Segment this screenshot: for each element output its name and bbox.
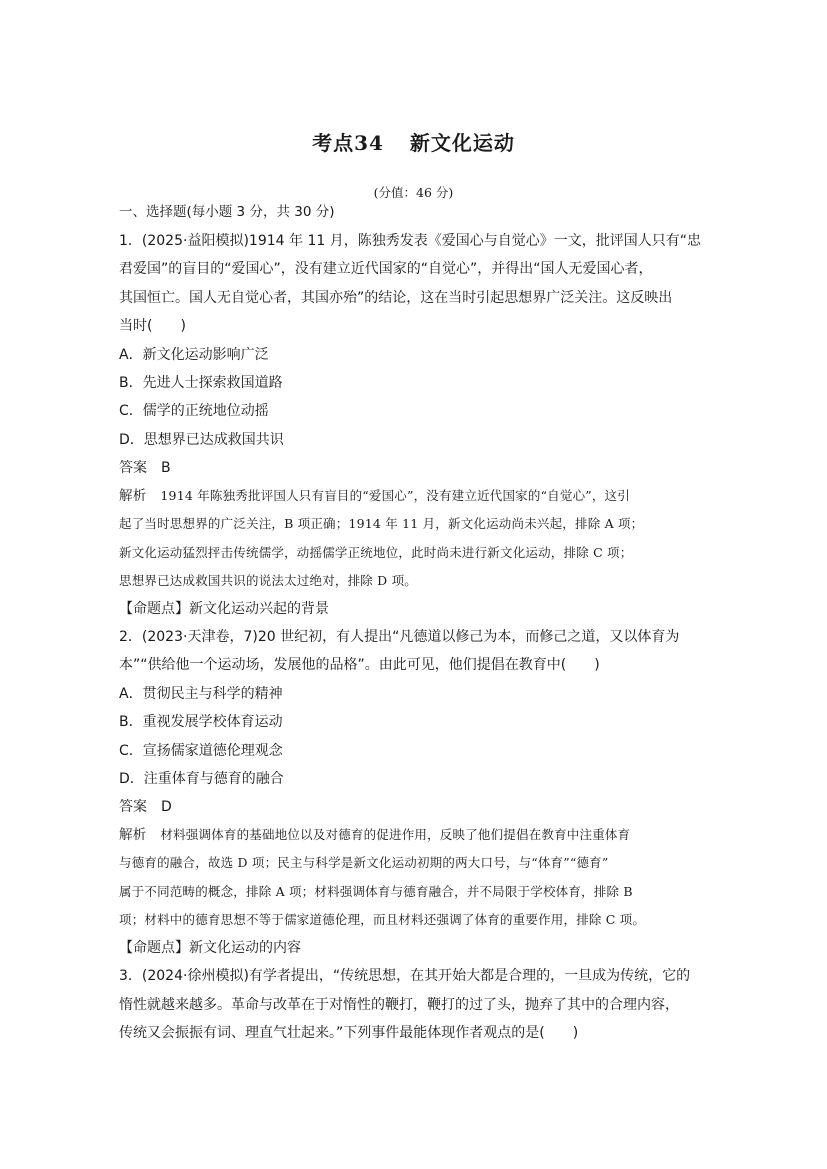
answer-label: 答案 — [119, 799, 147, 815]
q1-stem-line-2: 君爱国”的盲目的“爱国心”，没有建立近代国家的“自觉心”，并得出“国人无爱国心者… — [119, 259, 719, 279]
q1-stem-line-3: 其国恒亡。国人无自觉心者，其国亦殆”的结论，这在当时引起思想界广泛关注。这反映出 — [119, 288, 719, 308]
q2-option-c: C．宣扬儒家道德伦理观念 — [119, 741, 719, 761]
q2-analysis-line-2: 与德育的融合，故选 D 项；民主与科学是新文化运动初期的两大口号，与“体育”“德… — [119, 853, 715, 873]
q2-analysis-line-3: 属于不同范畴的概念，排除 A 项；材料强调体育与德育融合，并不局限于学校体育，排… — [119, 882, 715, 902]
q2-analysis-line-1: 解析材料强调体育的基础地位以及对德育的促进作用，反映了他们提倡在教育中注重体育 — [119, 825, 715, 845]
q2-topic-tag: 【命题点】新文化运动的内容 — [119, 938, 719, 958]
q2-stem-line-1: 2．(2023·天津卷，7)20 世纪初，有人提出“凡德道以修己为本，而修己之道… — [119, 627, 719, 647]
q1-stem-line-4: 当时( ) — [119, 316, 719, 336]
q2-option-b: B．重视发展学校体育运动 — [119, 712, 719, 732]
title-name: 新文化运动 — [410, 131, 515, 155]
analysis-text: 材料强调体育的基础地位以及对德育的促进作用，反映了他们提倡在教育中注重体育 — [160, 827, 630, 842]
q2-stem-line-2: 本”“供给他一个运动场，发展他的品格”。由此可见，他们提倡在教育中( ) — [119, 655, 719, 675]
analysis-label: 解析 — [119, 488, 146, 504]
q2-option-a: A．贯彻民主与科学的精神 — [119, 684, 719, 704]
q3-stem-line-2: 惰性就越来越多。革命与改革在于对惰性的鞭打，鞭打的过了头，抛弃了其中的合理内容， — [119, 995, 719, 1015]
q1-analysis-line-4: 思想界已达成救国共识的说法太过绝对，排除 D 项。 — [119, 571, 715, 591]
analysis-text: 1914 年陈独秀批评国人只有盲目的“爱国心”，没有建立近代国家的“自觉心”，这… — [160, 488, 630, 503]
q1-option-d: D．思想界已达成救国共识 — [119, 430, 719, 450]
answer-value: D — [161, 799, 172, 815]
q1-answer: 答案B — [119, 458, 719, 478]
q1-option-b: B．先进人士探索救国道路 — [119, 373, 719, 393]
q2-analysis-line-4: 项；材料中的德育思想不等于儒家道德伦理，而且材料还强调了体育的重要作用，排除 C… — [119, 910, 715, 930]
page-title: 考点34新文化运动 — [0, 127, 827, 156]
q3-stem-line-3: 传统又会振振有词、理直气壮起来。”下列事件最能体现作者观点的是( ) — [119, 1023, 719, 1043]
q1-option-a: A．新文化运动影响广泛 — [119, 345, 719, 365]
q1-analysis-line-2: 起了当时思想界的广泛关注，B 项正确；1914 年 11 月，新文化运动尚未兴起… — [119, 514, 715, 534]
q1-stem-line-1: 1．(2025·益阳模拟)1914 年 11 月，陈独秀发表《爱国心与自觉心》一… — [119, 231, 719, 251]
analysis-label: 解析 — [119, 827, 146, 843]
answer-value: B — [161, 460, 171, 476]
q1-option-c: C．儒学的正统地位动摇 — [119, 401, 719, 421]
score-info: (分值：46 分) — [0, 183, 827, 201]
q1-analysis-line-1: 解析1914 年陈独秀批评国人只有盲目的“爱国心”，没有建立近代国家的“自觉心”… — [119, 486, 715, 506]
q3-stem-line-1: 3．(2024·徐州模拟)有学者提出，“传统思想，在其开始大都是合理的，一旦成为… — [119, 966, 719, 986]
title-prefix: 考点34 — [312, 131, 384, 155]
document-page: 考点34新文化运动 (分值：46 分) 一、选择题(每小题 3 分，共 30 分… — [0, 0, 827, 1169]
q2-option-d: D．注重体育与德育的融合 — [119, 769, 719, 789]
q1-topic-tag: 【命题点】新文化运动兴起的背景 — [119, 599, 719, 619]
q1-analysis-line-3: 新文化运动猛烈抨击传统儒学，动摇儒学正统地位，此时尚未进行新文化运动，排除 C … — [119, 543, 715, 563]
answer-label: 答案 — [119, 460, 147, 476]
q2-answer: 答案D — [119, 797, 719, 817]
section-heading: 一、选择题(每小题 3 分，共 30 分) — [119, 202, 719, 222]
